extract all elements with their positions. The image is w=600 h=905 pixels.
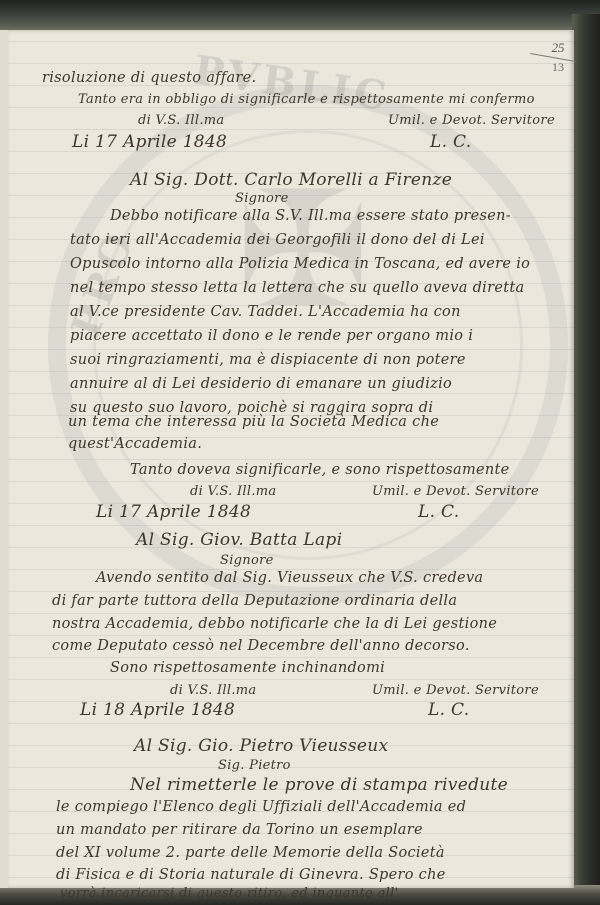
text-line: annuire al di Lei desiderio di emanare u… — [70, 376, 452, 392]
text-line: al V.ce presidente Cav. Taddei. L'Accade… — [70, 304, 461, 320]
folio-bottom: 13 — [540, 60, 576, 75]
salutation: Signore — [220, 553, 274, 568]
text-line: Umil. e Devot. Servitore — [372, 683, 539, 698]
date-line: Li 18 Aprile 1848 — [80, 700, 235, 720]
text-line: suoi ringraziamenti, ma è dispiacente di… — [70, 352, 466, 368]
text-line: tato ieri all'Accademia dei Georgofili i… — [70, 232, 485, 248]
salutation: Sig. Pietro — [218, 758, 291, 773]
text-line: vorrà incaricarsi di questo ritiro, ed i… — [60, 886, 398, 901]
initials: L. C. — [428, 700, 469, 720]
book-binding-top — [0, 0, 600, 34]
date-line: Li 17 Aprile 1848 — [96, 502, 251, 522]
initials: L. C. — [430, 132, 471, 152]
text-line: piacere accettato il dono e le rende per… — [70, 328, 473, 344]
text-line: Debbo notificare alla S.V. Ill.ma essere… — [110, 208, 511, 224]
date-line: Li 17 Aprile 1848 — [72, 132, 227, 152]
text-line: quest'Accademia. — [68, 436, 202, 452]
text-line: nel tempo stesso letta la lettera che su… — [70, 280, 524, 296]
text-line: risoluzione di questo affare. — [42, 70, 256, 86]
text-line: nostra Accademia, debbo notificarle che … — [52, 616, 497, 632]
text-line: di V.S. Ill.ma — [190, 484, 276, 499]
addressee-line: Al Sig. Giov. Batta Lapi — [136, 530, 342, 550]
initials: L. C. — [418, 502, 459, 522]
folio-top: 25 — [540, 40, 576, 56]
text-line: di far parte tuttora della Deputazione o… — [52, 593, 457, 609]
text-line: come Deputato cessò nel Decembre dell'an… — [52, 638, 470, 654]
text-line: Umil. e Devot. Servitore — [388, 113, 555, 128]
text-line: di V.S. Ill.ma — [170, 683, 256, 698]
text-line: Sono rispettosamente inchinandomi — [110, 660, 385, 676]
book-binding-right — [572, 14, 600, 905]
text-line: Tanto doveva significarle, e sono rispet… — [130, 462, 510, 478]
text-line: Opuscolo intorno alla Polizia Medica in … — [70, 256, 530, 272]
addressee-line: Al Sig. Dott. Carlo Morelli a Firenze — [130, 170, 452, 190]
text-line: Nel rimetterle le prove di stampa rivedu… — [130, 775, 508, 795]
folio-number: 25 13 — [540, 40, 576, 75]
text-line: Umil. e Devot. Servitore — [372, 484, 539, 499]
text-line: le compiego l'Elenco degli Uffiziali del… — [56, 799, 466, 815]
manuscript-page: PVBLIC PRO ✠ — [8, 30, 574, 888]
text-line: Tanto era in obbligo di significarle e r… — [78, 92, 535, 107]
text-line: un tema che interessa più la Società Med… — [68, 414, 439, 430]
addressee-line: Al Sig. Gio. Pietro Vieusseux — [134, 736, 388, 756]
text-line: Avendo sentito dal Sig. Vieusseux che V.… — [96, 570, 483, 586]
text-line: un mandato per ritirare da Torino un ese… — [56, 822, 423, 838]
text-line: di V.S. Ill.ma — [138, 113, 224, 128]
text-line: di Fisica e di Storia naturale di Ginevr… — [56, 867, 446, 883]
salutation: Signore — [235, 191, 289, 206]
text-line: del XI volume 2. parte delle Memorie del… — [56, 845, 445, 861]
